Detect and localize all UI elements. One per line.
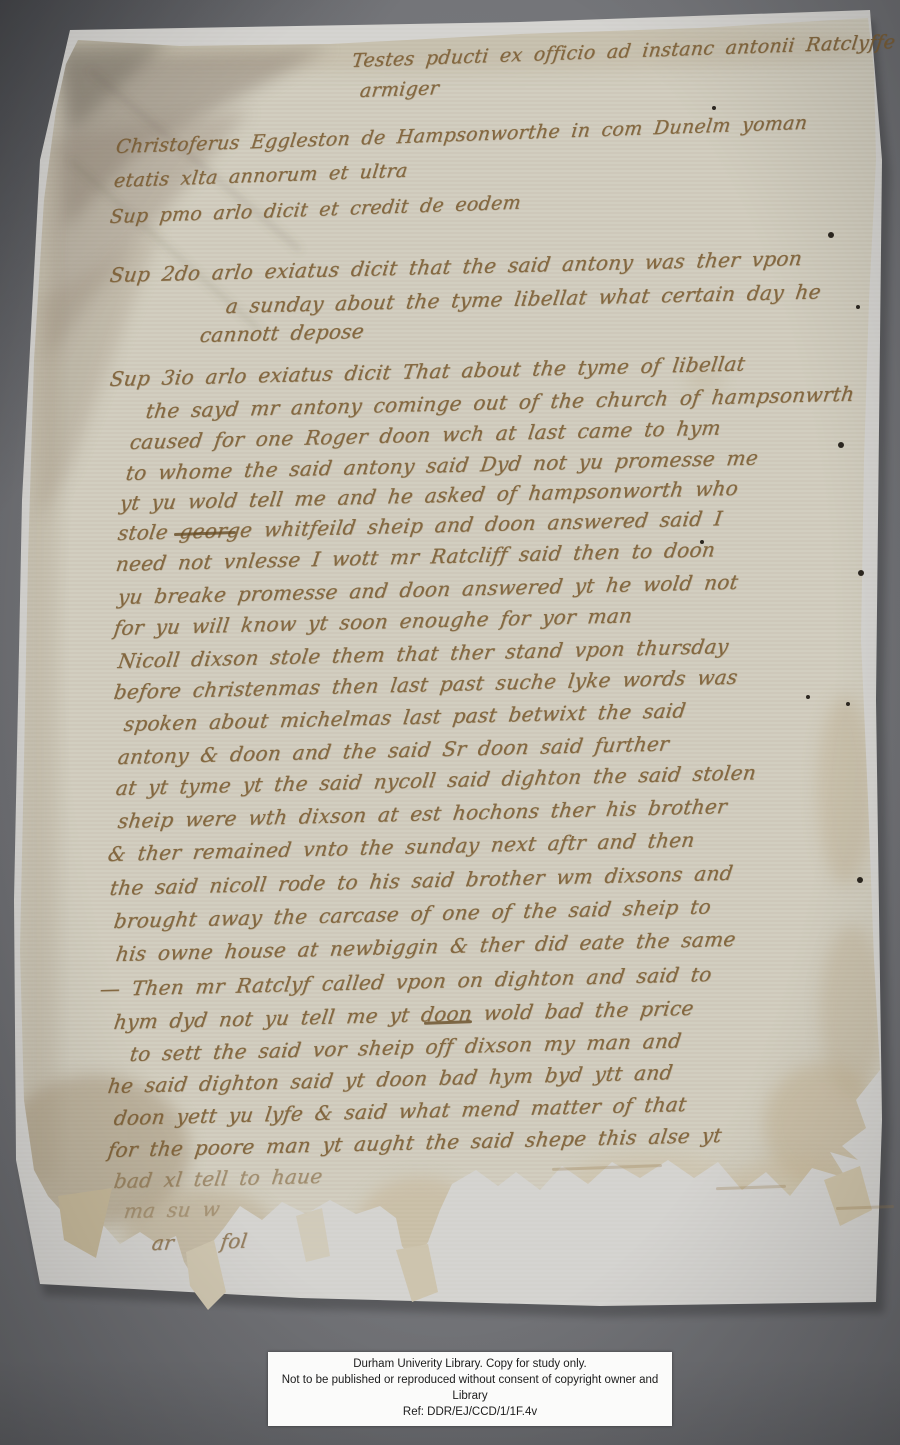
manuscript-line: & ther remained vnto the sunday next aft…	[106, 828, 696, 866]
ink-spot	[856, 305, 860, 309]
manuscript-line: bad xl tell to haue	[112, 1164, 324, 1193]
ink-spot	[828, 232, 834, 238]
manuscript-line: Testes pducti ex officio ad instanc anto…	[351, 31, 897, 72]
ink-spot	[700, 540, 704, 544]
manuscript-line: brought away the carcase of one of the s…	[112, 894, 712, 933]
manuscript-line: cannott depose	[198, 319, 365, 347]
manuscript-line: for the poore man yt aught the said shep…	[106, 1123, 723, 1162]
copyright-label-line2: Not to be published or reproduced withou…	[270, 1372, 670, 1404]
manuscript-line: antony & doon and the said Sr doon said …	[116, 731, 670, 769]
copyright-label-ref: Ref: DDR/EJ/CCD/1/1F.4v	[270, 1404, 670, 1420]
manuscript-line: armiger	[359, 77, 441, 102]
ink-spot	[712, 106, 716, 110]
manuscript-line: ar fol	[150, 1229, 249, 1255]
manuscript-line: Sup 3io arlo exiatus dicit That about th…	[108, 351, 746, 391]
copyright-label-line1: Durham Univerity Library. Copy for study…	[270, 1356, 670, 1372]
manuscript-line: he said dighton said yt doon bad hym byd…	[106, 1060, 674, 1098]
manuscript-text: Testes pducti ex officio ad instanc anto…	[0, 0, 900, 1445]
ink-spot	[858, 570, 864, 576]
manuscript-line: his owne house at newbiggin & ther did e…	[114, 927, 737, 966]
manuscript-line: Sup 2do arlo exiatus dicit that the said…	[108, 246, 803, 287]
manuscript-line: etatis xlta annorum et ultra	[113, 160, 409, 192]
faded-ink-trace	[716, 1185, 786, 1190]
ink-spot	[838, 442, 844, 448]
faded-ink-trace	[836, 1205, 894, 1210]
faded-ink-trace	[552, 1164, 662, 1171]
manuscript-line: hym dyd not yu tell me yt doon wold bad …	[112, 996, 695, 1034]
manuscript-line: doon yett yu lyfe & said what mend matte…	[112, 1092, 688, 1130]
ink-spot	[806, 695, 810, 699]
manuscript-line: need not vnlesse I wott mr Ratcliff said…	[114, 537, 716, 576]
manuscript-line: a sunday about the tyme libellat what ce…	[224, 279, 822, 318]
manuscript-line: for yu will know yt soon enoughe for yor…	[112, 603, 634, 640]
manuscript-line: Sup pmo arlo dicit et credit de eodem	[109, 192, 523, 228]
ink-spot	[846, 702, 850, 706]
manuscript-line: Christoferus Eggleston de Hampsonworthe …	[115, 112, 809, 158]
manuscript-line: ma su w	[122, 1197, 221, 1223]
manuscript-line: to sett the said vor sheip off dixson my…	[128, 1028, 683, 1066]
manuscript-line: the said nicoll rode to his said brother…	[108, 861, 734, 900]
ink-spot	[857, 877, 863, 883]
manuscript-line: sheip were wth dixson at est hochons the…	[116, 794, 728, 833]
manuscript-line: the sayd mr antony cominge out of the ch…	[144, 382, 856, 423]
manuscript-line: spoken about michelmas last past betwixt…	[122, 698, 687, 736]
copyright-label: Durham Univerity Library. Copy for study…	[268, 1352, 672, 1426]
manuscript-line: — Then mr Ratclyf called vpon on dighton…	[98, 962, 713, 1001]
manuscript-line: yu breake promesse and doon answered yt …	[116, 570, 739, 609]
photo-background: Testes pducti ex officio ad instanc anto…	[0, 0, 900, 1445]
